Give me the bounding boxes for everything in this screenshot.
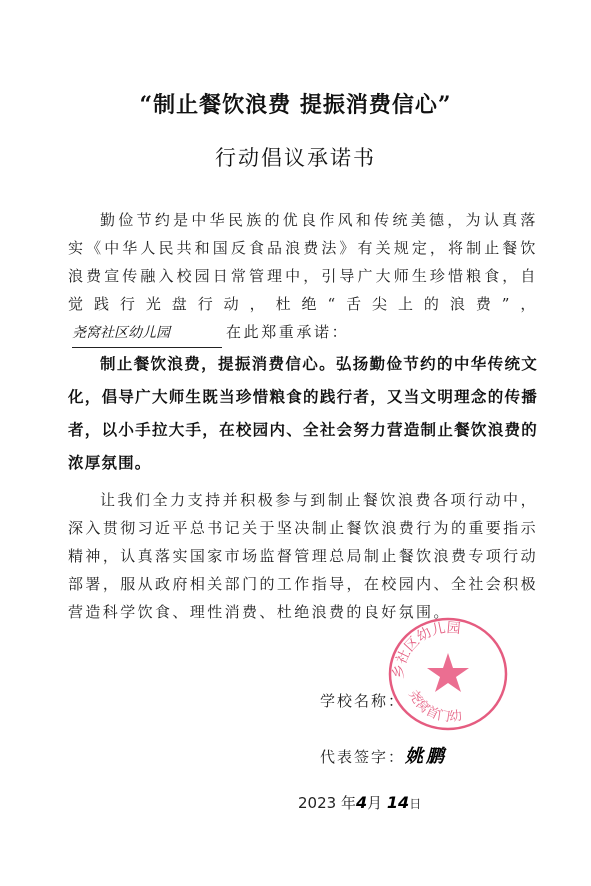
paragraph-pledge: 制止餐饮浪费，提振消费信心。弘扬勤俭节约的中华传统文化，倡导广大师生既当珍惜粮食… xyxy=(68,348,538,480)
representative-signature: 姚鹏 xyxy=(405,746,447,767)
paragraph-action: 让我们全力支持并积极参与到制止餐饮浪费各项行动中，深入贯彻习近平总书记关于坚决制… xyxy=(68,486,538,626)
date-year: 2023 xyxy=(298,794,336,812)
date-month: 4 xyxy=(356,793,367,812)
handwritten-school-name: 尧窝社区幼儿园 xyxy=(72,319,222,348)
representative-label: 代表签字： xyxy=(320,748,405,766)
paragraph-intro-ending: 在此郑重承诺： xyxy=(226,323,349,341)
representative-row: 代表签字：姚鹏 xyxy=(320,742,447,768)
official-seal-icon: 乡社区幼儿园 尧窝首门幼 xyxy=(385,615,510,733)
document-subtitle: 行动倡议承诺书 xyxy=(0,142,591,172)
date-day: 14 xyxy=(387,793,409,812)
document-title: “制止餐饮浪费 提振消费信心” xyxy=(0,88,591,119)
date-month-unit: 月 xyxy=(367,794,382,812)
date-row: 2023 年4月 14日 xyxy=(298,792,421,813)
date-year-unit: 年 xyxy=(341,794,356,812)
date-day-unit: 日 xyxy=(409,797,421,811)
paragraph-intro-text: 勤俭节约是中华民族的优良作风和传统美德，为认真落实《中华人民共和国反食品浪费法》… xyxy=(68,211,538,313)
paragraph-intro: 勤俭节约是中华民族的优良作风和传统美德，为认真落实《中华人民共和国反食品浪费法》… xyxy=(68,206,538,348)
